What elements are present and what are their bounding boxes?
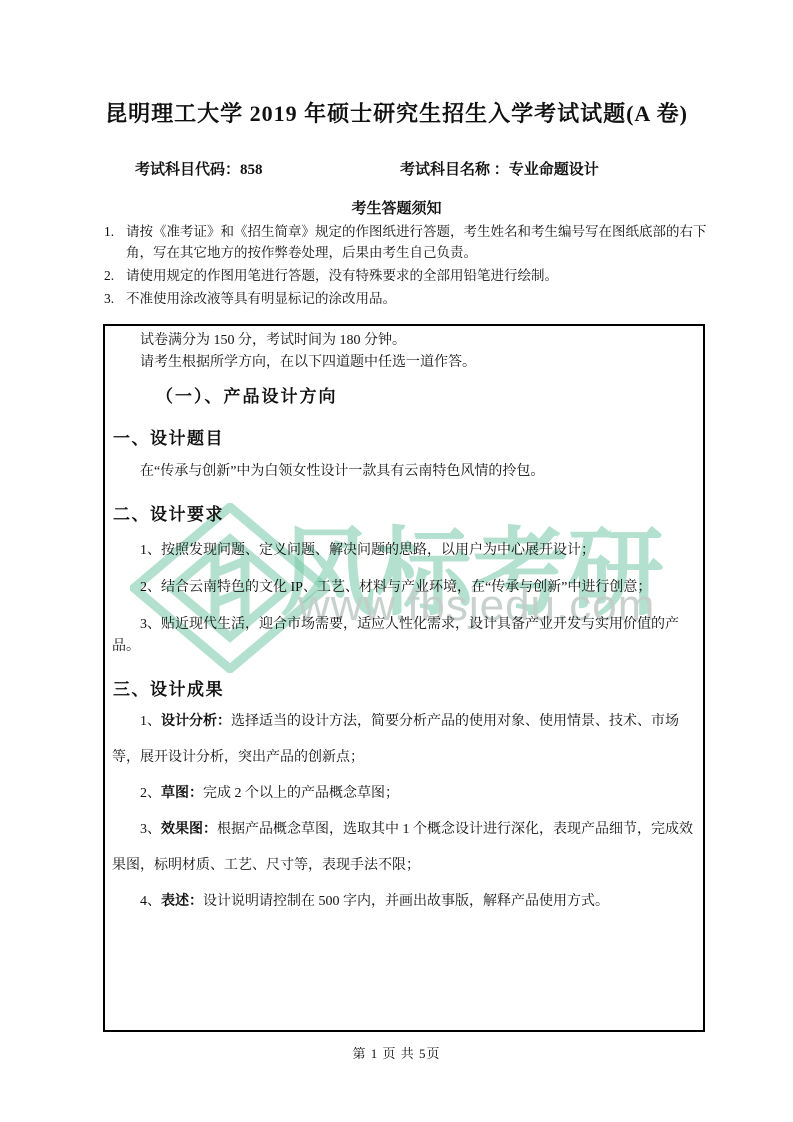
section-heading-design-requirements: 二、设计要求: [113, 500, 696, 525]
section-heading-design-results: 三、设计成果: [113, 675, 696, 700]
result-item-label: 效果图：: [161, 822, 217, 837]
notice-list: 1. 请按《准考证》和《招生简章》规定的作图纸进行答题，考生姓名和考生编号写在图…: [100, 221, 712, 311]
notice-item: 1. 请按《准考证》和《招生简章》规定的作图纸进行答题，考生姓名和考生编号写在图…: [100, 221, 712, 263]
subject-row: 考试科目代码：858 考试科目名称 ：专业命题设计: [0, 158, 793, 180]
requirement-item: 3、贴近现代生活，迎合市场需要，适应人性化需求，设计具备产业开发与实用价值的产品…: [112, 614, 696, 658]
result-item-label: 草图：: [161, 786, 203, 801]
result-item: 4、表述：设计说明请控制在 500 字内，并画出故事版，解释产品使用方式。: [112, 884, 696, 920]
result-item-text: 完成 2 个以上的产品概念草图；: [203, 786, 399, 801]
notice-item-number: 3.: [100, 288, 126, 309]
result-item: 1、设计分析：选择适当的设计方法，简要分析产品的使用对象、使用情景、技术、市场等…: [112, 704, 696, 776]
exam-paper-page: 风标考研 www.fbsjedu.com 昆明理工大学 2019 年硕士研究生招…: [0, 0, 793, 1122]
result-item-label: 设计分析：: [161, 714, 231, 729]
design-topic-body: 在“传承与创新”中为白领女性设计一款具有云南特色风情的拎包。: [112, 461, 696, 483]
notice-heading: 考生答题须知: [0, 197, 793, 218]
result-item-label: 表述：: [161, 894, 203, 909]
result-item-number: 1、: [140, 714, 161, 729]
page-title: 昆明理工大学 2019 年硕士研究生招生入学考试试题(A 卷): [0, 97, 793, 128]
question-box: 试卷满分为 150 分，考试时间为 180 分钟。 请考生根据所学方向，在以下四…: [103, 324, 705, 1032]
subject-code-label: 考试科目代码：858: [135, 158, 263, 179]
page-number-indicator: 第 1 页 共 5页: [0, 1043, 793, 1062]
notice-item-number: 1.: [100, 221, 126, 263]
result-item: 2、草图：完成 2 个以上的产品概念草图；: [112, 776, 696, 812]
subject-name-label: 考试科目名称 ：专业命题设计: [400, 158, 599, 179]
requirement-item: 1、按照发现问题、定义问题、解决问题的思路，以用户为中心展开设计；: [112, 540, 696, 562]
notice-item-text: 不准使用涂改液等具有明显标记的涂改用品。: [126, 288, 712, 309]
result-item: 3、效果图：根据产品概念草图，选取其中 1 个概念设计进行深化，表现产品细节，完…: [112, 812, 696, 884]
notice-item: 3. 不准使用涂改液等具有明显标记的涂改用品。: [100, 288, 712, 309]
direction-heading: （一）、产品设计方向: [156, 382, 696, 407]
notice-item-text: 请按《准考证》和《招生简章》规定的作图纸进行答题，考生姓名和考生编号写在图纸底部…: [126, 221, 712, 263]
exam-instruction-line: 请考生根据所学方向，在以下四道题中任选一道作答。: [112, 352, 696, 374]
exam-score-duration-line: 试卷满分为 150 分，考试时间为 180 分钟。: [112, 330, 696, 352]
result-item-text: 设计说明请控制在 500 字内，并画出故事版，解释产品使用方式。: [203, 894, 609, 909]
notice-item: 2. 请使用规定的作图用笔进行答题，没有特殊要求的全部用铅笔进行绘制。: [100, 265, 712, 286]
result-item-number: 2、: [140, 786, 161, 801]
notice-item-number: 2.: [100, 265, 126, 286]
result-item-number: 3、: [140, 822, 161, 837]
result-item-number: 4、: [140, 894, 161, 909]
section-heading-design-topic: 一、设计题目: [113, 424, 696, 449]
requirement-item: 2、结合云南特色的文化 IP、工艺、材料与产业环境，在“传承与创新”中进行创意；: [112, 577, 696, 599]
notice-item-text: 请使用规定的作图用笔进行答题，没有特殊要求的全部用铅笔进行绘制。: [126, 265, 712, 286]
